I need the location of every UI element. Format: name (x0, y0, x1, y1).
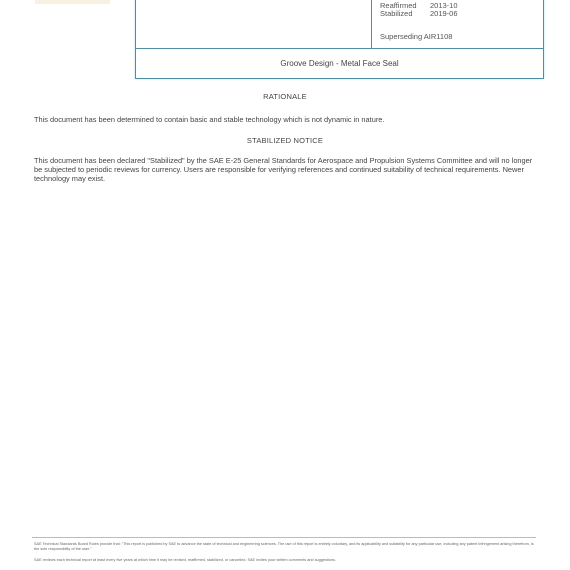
header-top-section: Reaffirmed 2013-10 Stabilized 2019-06 Su… (136, 0, 543, 49)
document-header-box: Reaffirmed 2013-10 Stabilized 2019-06 Su… (135, 0, 544, 79)
footer-disclaimer: SAE Technical Standards Board Rules prov… (34, 542, 539, 552)
document-status-panel: Reaffirmed 2013-10 Stabilized 2019-06 Su… (371, 0, 543, 49)
rationale-heading: RATIONALE (0, 92, 570, 101)
footer-divider (32, 537, 536, 538)
footer-review-policy: SAE reviews each technical report at lea… (34, 558, 539, 563)
stabilized-label: Stabilized (380, 9, 430, 18)
stabilized-notice-text: This document has been declared "Stabili… (34, 156, 539, 183)
document-title: Groove Design - Metal Face Seal (136, 49, 543, 78)
stabilized-row: Stabilized 2019-06 (380, 9, 458, 18)
superseding-note: Superseding AIR1108 (380, 32, 452, 41)
rationale-text: This document has been determined to con… (34, 115, 539, 124)
sae-logo (35, 0, 110, 4)
stabilized-notice-heading: STABILIZED NOTICE (0, 136, 570, 145)
stabilized-date: 2019-06 (430, 9, 458, 18)
